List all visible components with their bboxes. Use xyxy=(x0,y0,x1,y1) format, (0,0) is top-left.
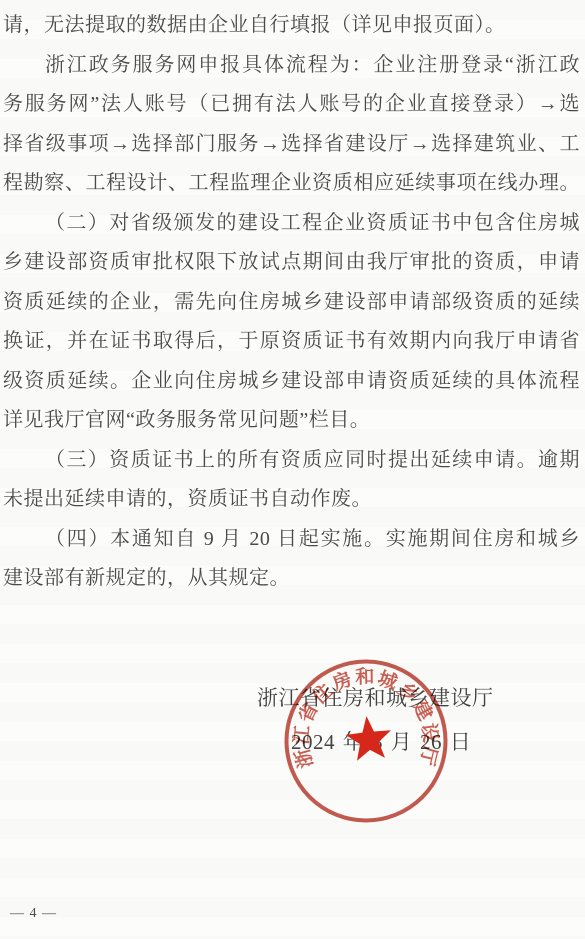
body-line: 乡建设部资质审批权限下放试点期间由我厅审批的资质，申请 xyxy=(3,243,580,283)
body-line: 务服务网”法人账号（已拥有法人账号的企业直接登录）→选 xyxy=(3,85,580,125)
body-line: 浙江政务服务网申报具体流程为：企业注册登录“浙江政 xyxy=(3,46,580,86)
body-line: （四）本通知自 9 月 20 日起实施。实施期间住房和城乡 xyxy=(3,520,580,560)
body-line: 详见我厅官网“政务服务常见问题”栏目。 xyxy=(3,401,580,441)
body-line: （三）资质证书上的所有资质应同时提出延续申请。逾期 xyxy=(3,441,580,481)
body-line: 未提出延续申请的，资质证书自动作废。 xyxy=(3,480,580,520)
body-line: 换证，并在证书取得后，于原资质证书有效期内向我厅申请省 xyxy=(3,322,580,362)
body-line: 资质延续的企业，需先向住房城乡建设部申请部级资质的延续 xyxy=(3,283,580,323)
seal-star xyxy=(344,714,394,762)
body-line: 择省级事项→选择部门服务→选择省建设厅→选择建筑业、工 xyxy=(3,125,580,165)
page-number: — 4 — xyxy=(10,906,57,922)
document-body: 请，无法提取的数据由企业自行填报（详见申报页面）。 浙江政务服务网申报具体流程为… xyxy=(3,6,580,599)
body-line: 程勘察、工程设计、工程监理企业资质相应延续事项在线办理。 xyxy=(3,164,580,204)
body-line: （二）对省级颁发的建设工程企业资质证书中包含住房城 xyxy=(3,204,580,244)
body-line: 建设部有新规定的，从其规定。 xyxy=(3,559,580,599)
body-line: 级资质延续。企业向住房城乡建设部申请资质延续的具体流程 xyxy=(3,362,580,402)
seal-star-icon xyxy=(276,651,456,831)
document-page: 请，无法提取的数据由企业自行填报（详见申报页面）。 浙江政务服务网申报具体流程为… xyxy=(0,0,585,939)
body-line: 请，无法提取的数据由企业自行填报（详见申报页面）。 xyxy=(3,6,580,46)
